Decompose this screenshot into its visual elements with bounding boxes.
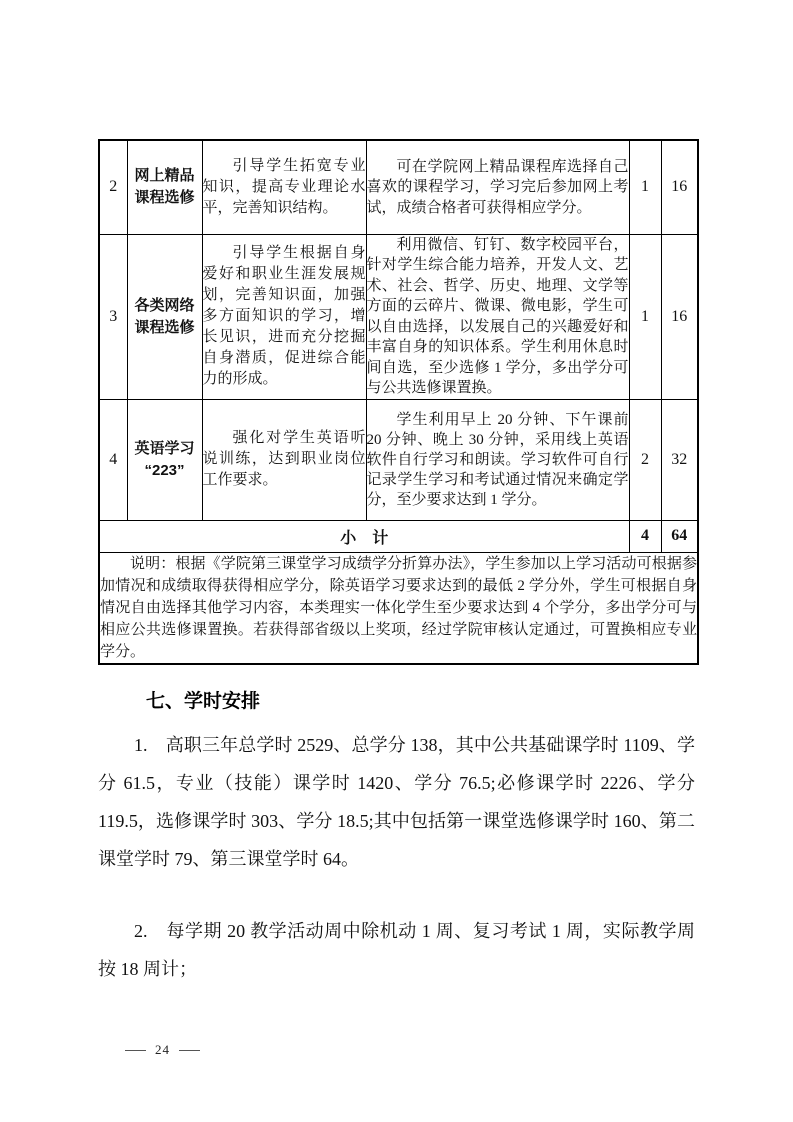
table-row: 3 各类网络课程选修 引导学生根据自身爱好和职业生涯发展规划，完善知识面，加强多… — [99, 234, 698, 399]
third-classroom-credit-table: 2 网上精品课程选修 引导学生拓宽专业知识，提高专业理论水平，完善知识结构。 可… — [98, 139, 699, 665]
table-row: 2 网上精品课程选修 引导学生拓宽专业知识，提高专业理论水平，完善知识结构。 可… — [99, 140, 698, 234]
course-name-cell: 各类网络课程选修 — [127, 234, 202, 399]
method-cell: 可在学院网上精品课程库选择自己喜欢的课程学习，学习完后参加网上考试，成绩合格者可… — [366, 140, 629, 234]
subtotal-row: 小 计 4 64 — [99, 520, 698, 552]
credits-cell: 1 — [629, 140, 661, 234]
row-number-cell: 3 — [99, 234, 127, 399]
subtotal-credits: 4 — [629, 520, 661, 552]
table-note: 说明：根据《学院第三课堂学习成绩学分折算办法》，学生参加以上学习活动可根据参加情… — [99, 552, 698, 664]
row-number-cell: 2 — [99, 140, 127, 234]
hours-cell: 32 — [661, 399, 698, 520]
hours-cell: 16 — [661, 140, 698, 234]
course-name-cell: 英语学习“223” — [127, 399, 202, 520]
page-number: 24 — [155, 1042, 170, 1058]
section-heading: 七、学时安排 — [98, 686, 743, 713]
table-row: 4 英语学习“223” 强化对学生英语听说训练，达到职业岗位工作要求。 学生利用… — [99, 399, 698, 520]
subtotal-label: 小 计 — [99, 520, 629, 552]
footer-dash-left — [125, 1050, 146, 1051]
method-cell: 利用微信、钉钉、数字校园平台，针对学生综合能力培养，开发人文、艺术、社会、哲学、… — [366, 234, 629, 399]
paragraph-hours-summary: 1. 高职三年总学时 2529、总学分 138，其中公共基础课学时 1109、学… — [98, 726, 695, 878]
objective-cell: 引导学生拓宽专业知识，提高专业理论水平，完善知识结构。 — [202, 140, 366, 234]
document-page: 2 网上精品课程选修 引导学生拓宽专业知识，提高专业理论水平，完善知识结构。 可… — [0, 0, 793, 1122]
footer-dash-right — [179, 1050, 200, 1051]
paragraph-teaching-weeks: 2. 每学期 20 教学活动周中除机动 1 周、复习考试 1 周，实际教学周按 … — [98, 912, 695, 988]
row-number-cell: 4 — [99, 399, 127, 520]
objective-cell: 引导学生根据自身爱好和职业生涯发展规划，完善知识面，加强多方面知识的学习，增长见… — [202, 234, 366, 399]
page-footer: 24 — [125, 1042, 200, 1058]
method-cell: 学生利用早上 20 分钟、下午课前 20 分钟、晚上 30 分钟，采用线上英语软… — [366, 399, 629, 520]
credits-cell: 1 — [629, 234, 661, 399]
credits-cell: 2 — [629, 399, 661, 520]
subtotal-hours: 64 — [661, 520, 698, 552]
note-row: 说明：根据《学院第三课堂学习成绩学分折算办法》，学生参加以上学习活动可根据参加情… — [99, 552, 698, 664]
objective-cell: 强化对学生英语听说训练，达到职业岗位工作要求。 — [202, 399, 366, 520]
hours-cell: 16 — [661, 234, 698, 399]
course-name-cell: 网上精品课程选修 — [127, 140, 202, 234]
